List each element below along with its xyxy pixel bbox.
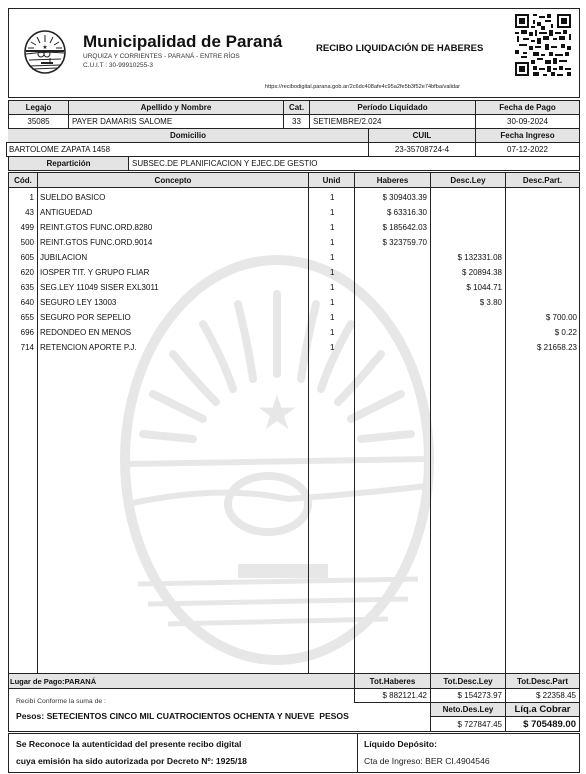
fecha-ingreso-value: 07-12-2022 <box>475 142 580 157</box>
col-haberes-header: Haberes <box>354 172 431 188</box>
receipt-title: RECIBO LIQUIDACIÓN DE HABERES <box>316 43 483 54</box>
org-name: Municipalidad de Paraná <box>83 33 282 51</box>
col-divider <box>37 187 38 674</box>
cat-label: Cat. <box>283 100 310 115</box>
cell-desc-part: $ 21658.23 <box>505 343 577 353</box>
legajo-label: Legajo <box>8 100 69 115</box>
cell-unid: 1 <box>330 193 334 203</box>
auth-line-2: cuya emisión ha sido autorizada por Decr… <box>16 756 247 766</box>
col-unid-header: Unid <box>308 172 355 188</box>
cell-cod: 500 <box>8 238 34 248</box>
cell-haberes: $ 63316.30 <box>354 208 427 218</box>
nombre-value: PAYER DAMARIS SALOME <box>68 114 284 129</box>
col-concepto-header: Concepto <box>37 172 309 188</box>
qr-code-icon[interactable] <box>515 14 571 76</box>
cell-cod: 1 <box>8 193 34 203</box>
fecha-ingreso-label: Fecha Ingreso <box>475 128 580 143</box>
cell-unid: 1 <box>330 283 334 293</box>
periodo-value: SETIEMBRE/2.024 <box>309 114 476 129</box>
liq-cobrar-value: $ 705489.00 <box>505 716 580 732</box>
cell-concepto: REINT.GTOS FUNC.ORD.8280 <box>40 223 152 233</box>
neto-des-ley-label: Neto.Des.Ley <box>430 702 506 717</box>
reparticion-value: SUBSEC.DE PLANIFICACION Y EJEC.DE GESTIO <box>128 156 580 171</box>
cell-cod: 499 <box>8 223 34 233</box>
nombre-label: Apellido y Nombre <box>68 100 284 115</box>
cell-cod: 635 <box>8 283 34 293</box>
tot-desc-part-label: Tot.Desc.Part <box>505 673 580 689</box>
cell-desc-ley: $ 20894.38 <box>430 268 502 278</box>
cell-unid: 1 <box>330 328 334 338</box>
cell-unid: 1 <box>330 343 334 353</box>
cell-desc-ley: $ 132331.08 <box>430 253 502 263</box>
cell-desc-part: $ 700.00 <box>505 313 577 323</box>
svg-text:★: ★ <box>42 44 47 51</box>
cell-concepto: REINT.GTOS FUNC.ORD.9014 <box>40 238 152 248</box>
municipal-seal-icon: ★ <box>23 30 67 74</box>
cell-desc-ley: $ 3.80 <box>430 298 502 308</box>
org-address: URQUIZA Y CORRIENTES - PARANÁ - ENTRE RÍ… <box>83 53 240 60</box>
col-divider <box>308 187 309 674</box>
col-cod-header: Cód. <box>8 172 38 188</box>
cell-concepto: SEGURO POR SEPELIO <box>40 313 131 323</box>
tot-haberes-value: $ 882121.42 <box>354 688 431 703</box>
cell-concepto: SUELDO BASICO <box>40 193 105 203</box>
periodo-label: Período Liquidado <box>309 100 476 115</box>
legajo-value: 35085 <box>8 114 69 129</box>
cell-unid: 1 <box>330 313 334 323</box>
cell-unid: 1 <box>330 253 334 263</box>
pesos-text: Pesos: SETECIENTOS CINCO MIL CUATROCIENT… <box>16 711 349 721</box>
domicilio-label: Domicilio <box>8 128 369 143</box>
cell-unid: 1 <box>330 208 334 218</box>
cell-unid: 1 <box>330 223 334 233</box>
cell-concepto: REDONDEO EN MENOS <box>40 328 131 338</box>
fecha-pago-label: Fecha de Pago <box>475 100 580 115</box>
cuenta-ingreso: Cta de Ingreso: BER CI.4904546 <box>364 756 490 766</box>
col-divider <box>354 187 355 674</box>
cell-desc-part: $ 0.22 <box>505 328 577 338</box>
cell-unid: 1 <box>330 298 334 308</box>
cell-concepto: SEG.LEY 11049 SISER EXL3011 <box>40 283 159 293</box>
cell-cod: 714 <box>8 343 34 353</box>
cuil-label: CUIL <box>368 128 476 143</box>
lugar-pago: Lugar de Pago:PARANÁ <box>10 677 96 686</box>
cell-unid: 1 <box>330 238 334 248</box>
cell-cod: 696 <box>8 328 34 338</box>
cell-concepto: RETENCION APORTE P.J. <box>40 343 137 353</box>
recibi-label: Recibí Conforme la suma de : <box>16 698 106 705</box>
tot-desc-ley-value: $ 154273.97 <box>430 688 506 703</box>
cell-cod: 655 <box>8 313 34 323</box>
cell-haberes: $ 309403.39 <box>354 193 427 203</box>
deposito-label: Líquido Depósito: <box>364 739 437 749</box>
reparticion-label: Repartición <box>8 156 129 171</box>
tot-desc-ley-label: Tot.Desc.Ley <box>430 673 506 689</box>
cell-haberes: $ 185642.03 <box>354 223 427 233</box>
auth-line-1: Se Reconoce la autenticidad del presente… <box>16 739 241 749</box>
liq-cobrar-label: Líq.a Cobrar <box>505 702 580 717</box>
cell-concepto: SEGURO LEY 13003 <box>40 298 116 308</box>
cell-haberes: $ 323759.70 <box>354 238 427 248</box>
cell-cod: 640 <box>8 298 34 308</box>
cell-concepto: IOSPER TIT. Y GRUPO FLIAR <box>40 268 149 278</box>
cell-cod: 43 <box>8 208 34 218</box>
cell-concepto: ANTIGUEDAD <box>40 208 92 218</box>
validation-url[interactable]: https://recibodigital.parana.gob.ar/2c6d… <box>265 84 460 90</box>
cell-desc-ley: $ 1044.71 <box>430 283 502 293</box>
cell-cod: 605 <box>8 253 34 263</box>
col-desc-ley-header: Desc.Ley <box>430 172 506 188</box>
org-cuit: C.U.I.T : 30-99910255-3 <box>83 62 153 69</box>
fecha-pago-value: 30-09-2024 <box>475 114 580 129</box>
domicilio-value: BARTOLOME ZAPATA 1458 <box>6 142 369 157</box>
neto-des-ley-value: $ 727847.45 <box>430 716 506 732</box>
col-divider <box>505 187 506 674</box>
col-desc-part-header: Desc.Part. <box>505 172 580 188</box>
cell-cod: 620 <box>8 268 34 278</box>
cell-concepto: JUBILACION <box>40 253 87 263</box>
tot-haberes-label: Tot.Haberes <box>354 673 431 689</box>
cuil-value: 23-35708724-4 <box>368 142 476 157</box>
tot-desc-part-value: $ 22358.45 <box>505 688 580 703</box>
cell-unid: 1 <box>330 268 334 278</box>
cat-value: 33 <box>283 114 310 129</box>
